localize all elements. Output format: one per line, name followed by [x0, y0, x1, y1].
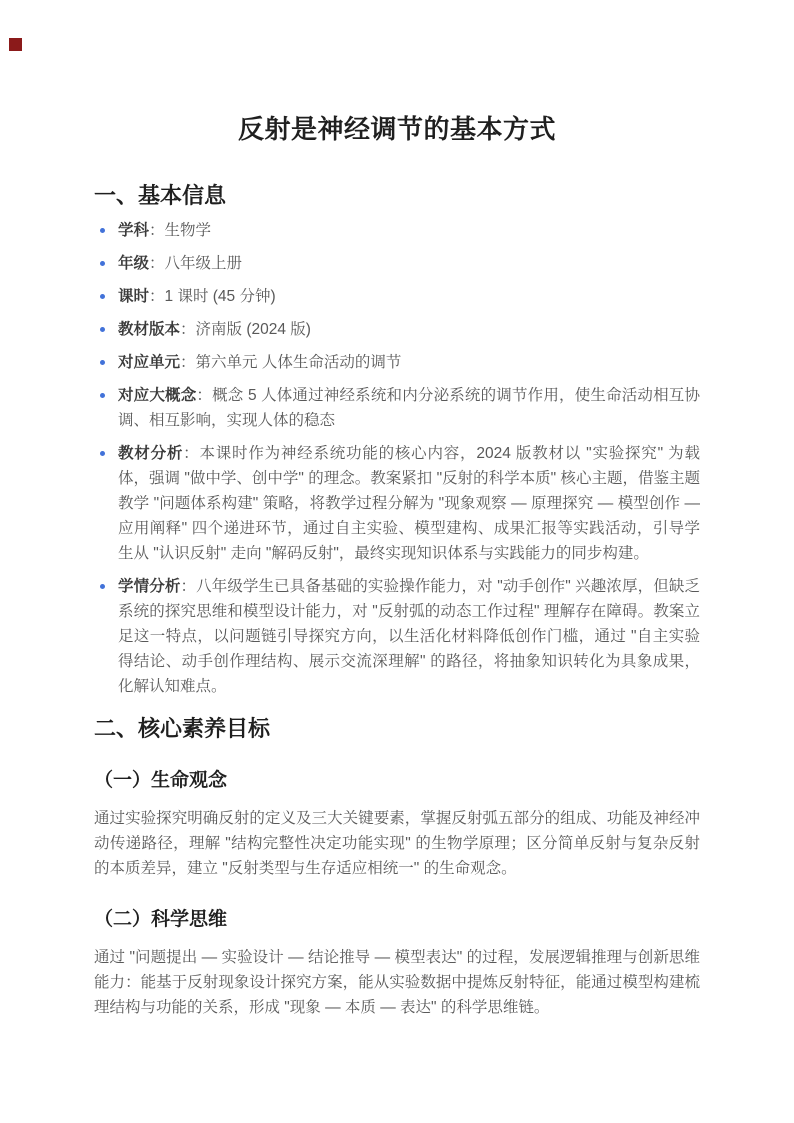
basic-info-item-label: 学情分析	[118, 578, 180, 595]
subsection-body: 通过实验探究明确反射的定义及三大关键要素，掌握反射弧五部分的组成、功能及神经冲动…	[94, 806, 700, 881]
basic-info-item-colon: ：	[180, 321, 196, 338]
basic-info-item-label: 对应大概念	[118, 387, 196, 404]
bullet-dot-icon	[100, 294, 105, 299]
basic-info-item-colon: ：	[180, 354, 196, 371]
revision-marker	[9, 38, 22, 51]
basic-info-item: 学情分析：八年级学生已具备基础的实验操作能力，对 "动手创作" 兴趣浓厚，但缺乏…	[94, 574, 700, 699]
subsection: （一）生命观念 通过实验探究明确反射的定义及三大关键要素，掌握反射弧五部分的组成…	[94, 770, 700, 881]
basic-info-item-colon: ：	[149, 288, 165, 305]
bullet-dot-icon	[100, 584, 105, 589]
basic-info-item-value: 第六单元 人体生命活动的调节	[196, 354, 402, 371]
basic-info-item-colon: ：	[149, 255, 165, 272]
bullet-dot-icon	[100, 393, 105, 398]
basic-info-item-colon: ：	[196, 387, 212, 404]
bullet-dot-icon	[100, 360, 105, 365]
basic-info-item-label: 教材版本	[118, 321, 180, 338]
basic-info-item: 教材分析：本课时作为神经系统功能的核心内容，2024 版教材以 "实验探究" 为…	[94, 441, 700, 566]
document-content: 反射是神经调节的基本方式 一、基本信息 学科：生物学 年级：八年级上册 课时：1…	[94, 0, 700, 1020]
section-heading-basic-info: 一、基本信息	[94, 183, 700, 209]
basic-info-item-colon: ：	[180, 578, 196, 595]
basic-info-item-label: 学科	[118, 222, 149, 239]
bullet-dot-icon	[100, 261, 105, 266]
basic-info-item: 教材版本：济南版 (2024 版)	[94, 317, 700, 342]
basic-info-item-colon: ：	[149, 222, 165, 239]
basic-info-item: 对应大概念：概念 5 人体通过神经系统和内分泌系统的调节作用，使生命活动相互协调…	[94, 383, 700, 433]
basic-info-item-label: 年级	[118, 255, 149, 272]
basic-info-item: 年级：八年级上册	[94, 251, 700, 276]
core-goals-subsections: （一）生命观念 通过实验探究明确反射的定义及三大关键要素，掌握反射弧五部分的组成…	[94, 770, 700, 1020]
basic-info-item: 学科：生物学	[94, 218, 700, 243]
bullet-dot-icon	[100, 327, 105, 332]
document-page: 反射是神经调节的基本方式 一、基本信息 学科：生物学 年级：八年级上册 课时：1…	[0, 0, 794, 1123]
bullet-dot-icon	[100, 228, 105, 233]
basic-info-item: 课时：1 课时 (45 分钟)	[94, 284, 700, 309]
subsection-body: 通过 "问题提出 — 实验设计 — 结论推导 — 模型表达" 的过程，发展逻辑推…	[94, 945, 700, 1020]
subsection: （二）科学思维 通过 "问题提出 — 实验设计 — 结论推导 — 模型表达" 的…	[94, 909, 700, 1020]
basic-info-item-value: 1 课时 (45 分钟)	[165, 288, 276, 305]
basic-info-item-label: 对应单元	[118, 354, 180, 371]
basic-info-item-value: 生物学	[165, 222, 212, 239]
bullet-dot-icon	[100, 451, 105, 456]
basic-info-item-value: 济南版 (2024 版)	[196, 321, 311, 338]
basic-info-item-colon: ：	[183, 445, 199, 462]
document-title: 反射是神经调节的基本方式	[94, 113, 700, 146]
subsection-heading: （二）科学思维	[94, 909, 700, 932]
basic-info-item: 对应单元：第六单元 人体生命活动的调节	[94, 350, 700, 375]
basic-info-item-value: 八年级学生已具备基础的实验操作能力，对 "动手创作" 兴趣浓厚，但缺乏系统的探究…	[118, 578, 700, 695]
basic-info-item-value: 本课时作为神经系统功能的核心内容，2024 版教材以 "实验探究" 为载体，强调…	[118, 445, 700, 562]
section-heading-core-goals: 二、核心素养目标	[94, 716, 700, 742]
basic-info-list: 学科：生物学 年级：八年级上册 课时：1 课时 (45 分钟) 教材版本：济南版…	[94, 218, 700, 699]
basic-info-item-label: 教材分析	[118, 445, 183, 462]
subsection-heading: （一）生命观念	[94, 770, 700, 793]
basic-info-item-value: 八年级上册	[165, 255, 243, 272]
basic-info-item-label: 课时	[118, 288, 149, 305]
